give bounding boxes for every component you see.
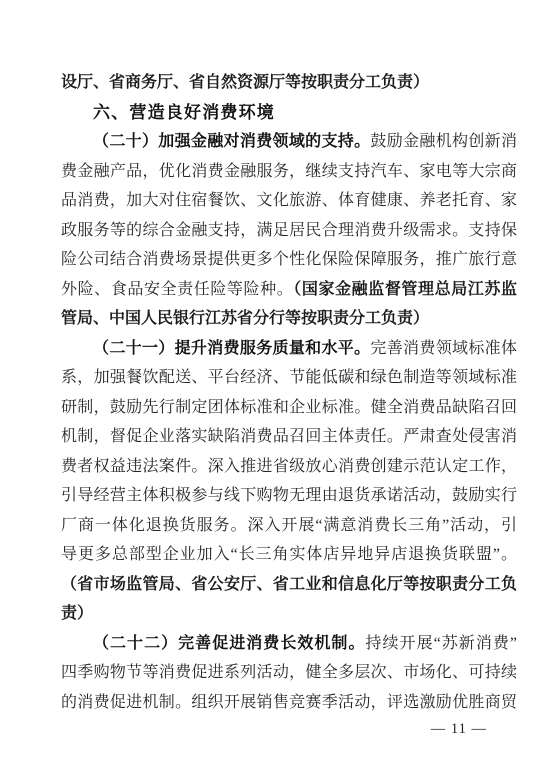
body-text: 的消费促进机制。组织开展销售竞赛季活动，评选激励优胜商贸 <box>61 694 517 711</box>
body-text: 政服务等的综合金融支持，满足居民合理消费升级需求。支持保 <box>61 222 517 239</box>
paragraph-lead: （二十一）提升消费服务质量和水平。 <box>93 340 370 357</box>
department-attribution: 责） <box>61 605 93 622</box>
text-line: 六、营造良好消费环境 <box>61 98 517 128</box>
department-attribution: 管局、中国人民银行江苏省分行等按职责分工负责） <box>61 310 429 327</box>
paragraph-lead: （二十）加强金融对消费领域的支持。 <box>93 133 370 150</box>
text-line: 厂商一体化退换货服务。深入开展“满意消费长三角”活动，引 <box>61 511 517 541</box>
text-line: 研制，鼓励先行制定团体标准和企业标准。健全消费品缺陷召回 <box>61 393 517 423</box>
text-line: 系，加强餐饮配送、平台经济、节能低碳和绿色制造等领域标准 <box>61 363 517 393</box>
body-text: 外险、食品安全责任险等险种。 <box>61 281 293 298</box>
body-text: 险公司结合消费场景提供更多个性化保险保障服务，推广旅行意 <box>61 251 517 268</box>
body-text: 引导经营主体积极参与线下购物无理由退货承诺活动，鼓励实行 <box>61 487 517 504</box>
text-line: 引导经营主体积极参与线下购物无理由退货承诺活动，鼓励实行 <box>61 481 517 511</box>
section-heading: 六、营造良好消费环境 <box>93 103 275 122</box>
body-text: 费金融产品，优化消费金融服务，继续支持汽车、家电等大宗商 <box>61 163 517 180</box>
body-text: 完善消费领域标准体 <box>370 340 517 357</box>
body-text: 四季购物节等消费促进系列活动，健全多层次、市场化、可持续 <box>61 664 517 681</box>
document-page: 设厅、省商务厅、省自然资源厅等按职责分工负责） 六、营造良好消费环境 （二十）加… <box>0 0 558 784</box>
text-line: 费金融产品，优化消费金融服务，继续支持汽车、家电等大宗商 <box>61 157 517 187</box>
text-line: 险公司结合消费场景提供更多个性化保险保障服务，推广旅行意 <box>61 245 517 275</box>
text-line: 政服务等的综合金融支持，满足居民合理消费升级需求。支持保 <box>61 216 517 246</box>
text-line: 责） <box>61 599 517 629</box>
text-line: （省市场监管局、省公安厅、省工业和信息化厅等按职责分工负 <box>61 570 517 600</box>
text-line: 四季购物节等消费促进系列活动，健全多层次、市场化、可持续 <box>61 658 517 688</box>
body-text: 鼓励金融机构创新消 <box>370 133 517 150</box>
body-text: 导更多总部型企业加入“长三角实体店异地异店退换货联盟”。 <box>61 546 517 563</box>
text-line: 导更多总部型企业加入“长三角实体店异地异店退换货联盟”。 <box>61 540 517 570</box>
body-text: 系，加强餐饮配送、平台经济、节能低碳和绿色制造等领域标准 <box>61 369 517 386</box>
text-line: 外险、食品安全责任险等险种。（国家金融监督管理总局江苏监 <box>61 275 517 305</box>
text-line: 机制，督促企业落实缺陷消费品召回主体责任。严肃查处侵害消 <box>61 422 517 452</box>
page-number: — 11 — <box>431 721 487 738</box>
text-line: （二十二）完善促进消费长效机制。持续开展“苏新消费” <box>61 629 517 659</box>
attribution-continuation: 设厅、省商务厅、省自然资源厅等按职责分工负责） <box>61 74 429 91</box>
body-text: 厂商一体化退换货服务。深入开展“满意消费长三角”活动，引 <box>61 517 517 534</box>
body-text: 机制，督促企业落实缺陷消费品召回主体责任。严肃查处侵害消 <box>61 428 517 445</box>
department-attribution: （省市场监管局、省公安厅、省工业和信息化厅等按职责分工负 <box>61 576 517 593</box>
text-line: 费者权益违法案件。深入推进省级放心消费创建示范认定工作， <box>61 452 517 482</box>
document-body: 设厅、省商务厅、省自然资源厅等按职责分工负责） 六、营造良好消费环境 （二十）加… <box>61 68 517 717</box>
body-text: 费者权益违法案件。深入推进省级放心消费创建示范认定工作， <box>61 458 517 475</box>
text-line: （二十一）提升消费服务质量和水平。完善消费领域标准体 <box>61 334 517 364</box>
text-line: 管局、中国人民银行江苏省分行等按职责分工负责） <box>61 304 517 334</box>
body-text: 持续开展“苏新消费” <box>366 635 517 652</box>
department-attribution: （国家金融监督管理总局江苏监 <box>293 281 517 298</box>
text-line: （二十）加强金融对消费领域的支持。鼓励金融机构创新消 <box>61 127 517 157</box>
body-text: 品消费，加大对住宿餐饮、文化旅游、体育健康、养老托育、家 <box>61 192 517 209</box>
body-text: 研制，鼓励先行制定团体标准和企业标准。健全消费品缺陷召回 <box>61 399 517 416</box>
text-line: 的消费促进机制。组织开展销售竞赛季活动，评选激励优胜商贸 <box>61 688 517 718</box>
paragraph-lead: （二十二）完善促进消费长效机制。 <box>93 635 366 652</box>
text-line: 设厅、省商务厅、省自然资源厅等按职责分工负责） <box>61 68 517 98</box>
text-line: 品消费，加大对住宿餐饮、文化旅游、体育健康、养老托育、家 <box>61 186 517 216</box>
